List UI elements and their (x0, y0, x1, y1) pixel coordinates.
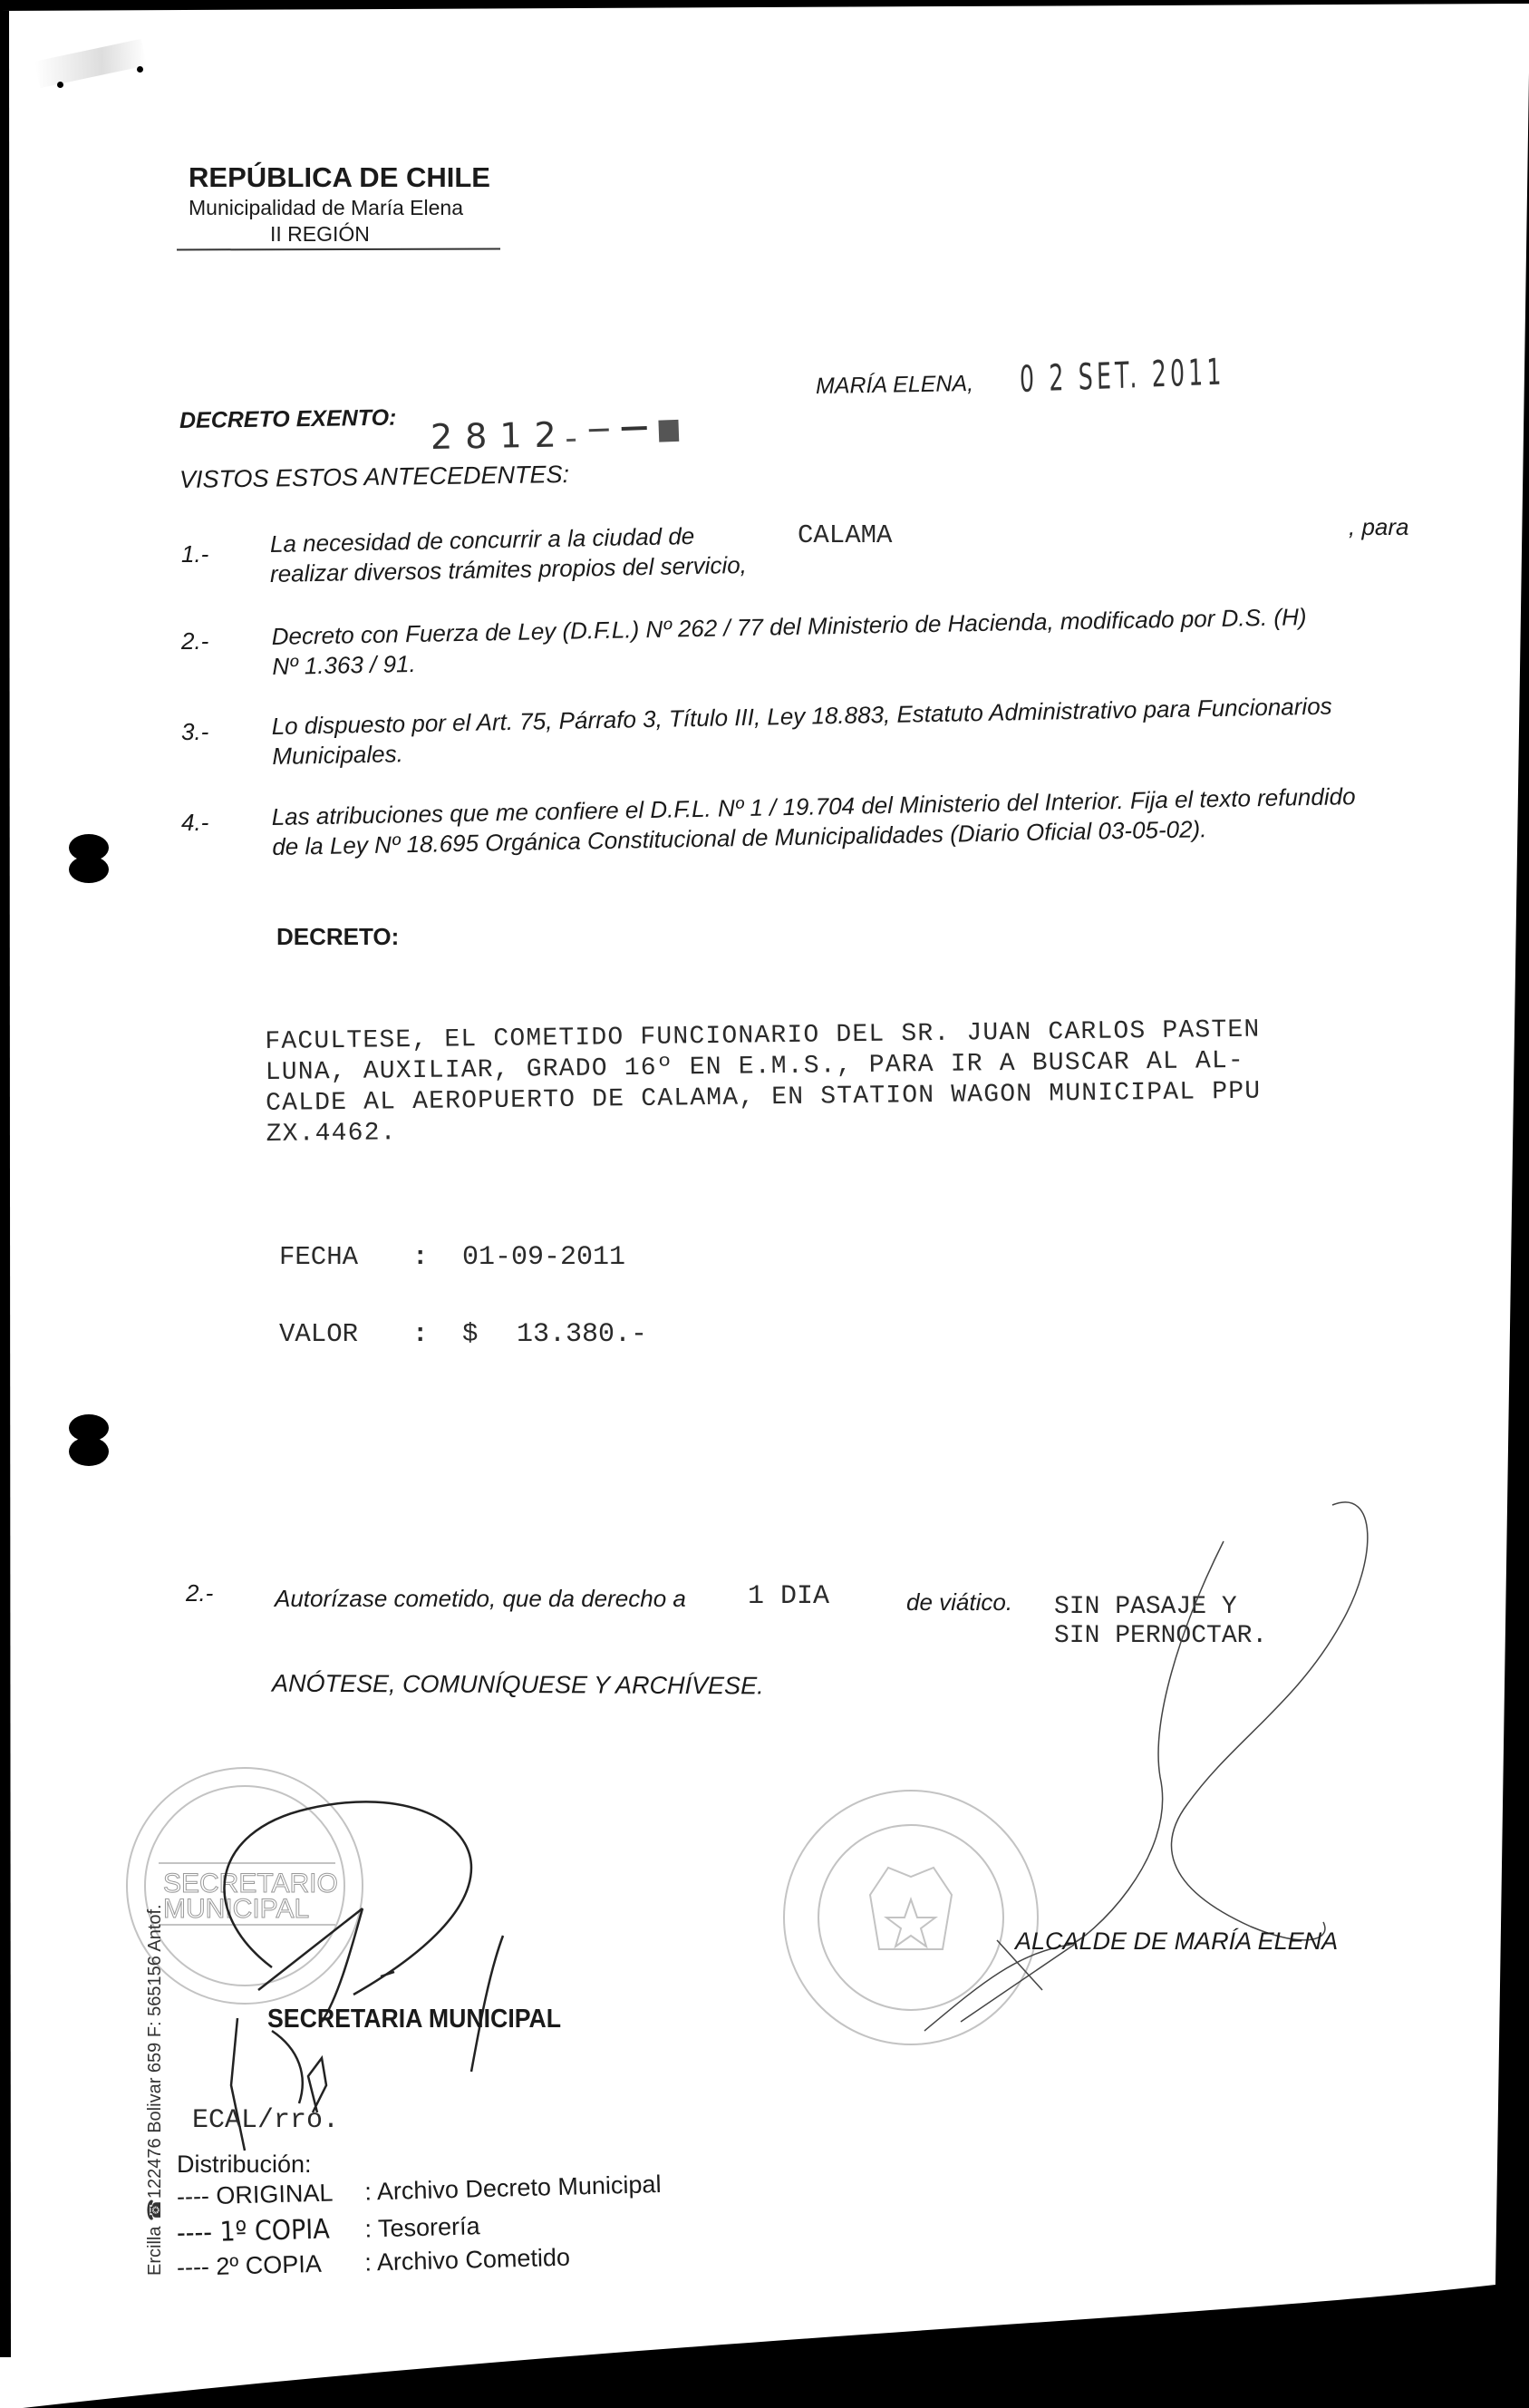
viatico-note-line: SIN PASAJE Y (1054, 1593, 1267, 1622)
vistos-heading: VISTOS ESTOS ANTECEDENTES: (179, 461, 570, 494)
valor-amount: 13.380.- (517, 1319, 647, 1350)
authorization-text: Autorízase cometido, que da derecho a (275, 1585, 686, 1613)
country-heading: REPÚBLICA DE CHILE (189, 161, 490, 194)
date-stamp: 0 2 SET. 2011 (1020, 352, 1225, 401)
visto-number: 4.- (181, 809, 208, 837)
binder-hole (69, 1437, 109, 1466)
valor-currency: $ (462, 1319, 478, 1349)
distribution-heading: Distribución: (177, 2151, 312, 2179)
distribution-copy: ---- ORIGINAL (177, 2179, 359, 2211)
closing-formula: ANÓTESE, COMUNÍQUESE Y ARCHÍVESE. (272, 1670, 764, 1701)
decreto-body: FACULTESE, EL COMETIDO FUNCIONARIO DEL S… (265, 1015, 1262, 1151)
viatico-days: 1 DIA (748, 1581, 829, 1612)
viatico-label: de viático. (906, 1588, 1012, 1617)
reference-initials: ECAL/rro. (192, 2105, 339, 2136)
secretary-title: SECRETARIA MUNICIPAL (267, 2005, 561, 2034)
mayor-title: ALCALDE DE MARÍA ELENA (1015, 1927, 1338, 1956)
visto-text-end: , para (1349, 513, 1409, 541)
visto-number: 2.- (181, 627, 208, 655)
visto-number: 3.- (181, 718, 208, 746)
distribution-copy: ---- 2º COPIA (177, 2249, 359, 2282)
scanned-page (0, 0, 1529, 2408)
fecha-separator: : (412, 1242, 428, 1272)
decreto-heading: DECRETO: (276, 923, 399, 951)
place-label: MARÍA ELENA, (816, 371, 974, 400)
valor-label: VALOR (279, 1319, 358, 1349)
authorization-number: 2.- (186, 1579, 213, 1607)
binder-hole (69, 856, 109, 883)
viatico-note: SIN PASAJE Y SIN PERNOCTAR. (1054, 1593, 1267, 1651)
municipality-name: Municipalidad de María Elena (189, 196, 463, 220)
smudge-dot (57, 82, 63, 88)
fecha-value: 01-09-2011 (462, 1242, 625, 1273)
fecha-label: FECHA (279, 1242, 358, 1272)
distribution-copy: ---- 1º COPIA (177, 2213, 359, 2249)
decree-number: 2812 (431, 414, 569, 457)
visto-number: 1.- (181, 540, 208, 568)
distribution-destination: : Archivo Cometido (364, 2244, 570, 2277)
printer-imprint: Ercilla ☎122476 Bolivar 659 F: 565156 An… (143, 1904, 166, 2276)
smudge-dot (137, 66, 143, 73)
numbering-stamp-fragment (566, 420, 679, 451)
valor-separator: : (412, 1319, 428, 1349)
decree-label: DECRETO EXENTO: (179, 405, 397, 434)
destination-city: CALAMA (798, 520, 892, 550)
viatico-note-line: SIN PERNOCTAR. (1054, 1622, 1267, 1651)
region-name: II REGIÓN (270, 222, 370, 247)
distribution-destination: : Tesorería (364, 2212, 480, 2242)
